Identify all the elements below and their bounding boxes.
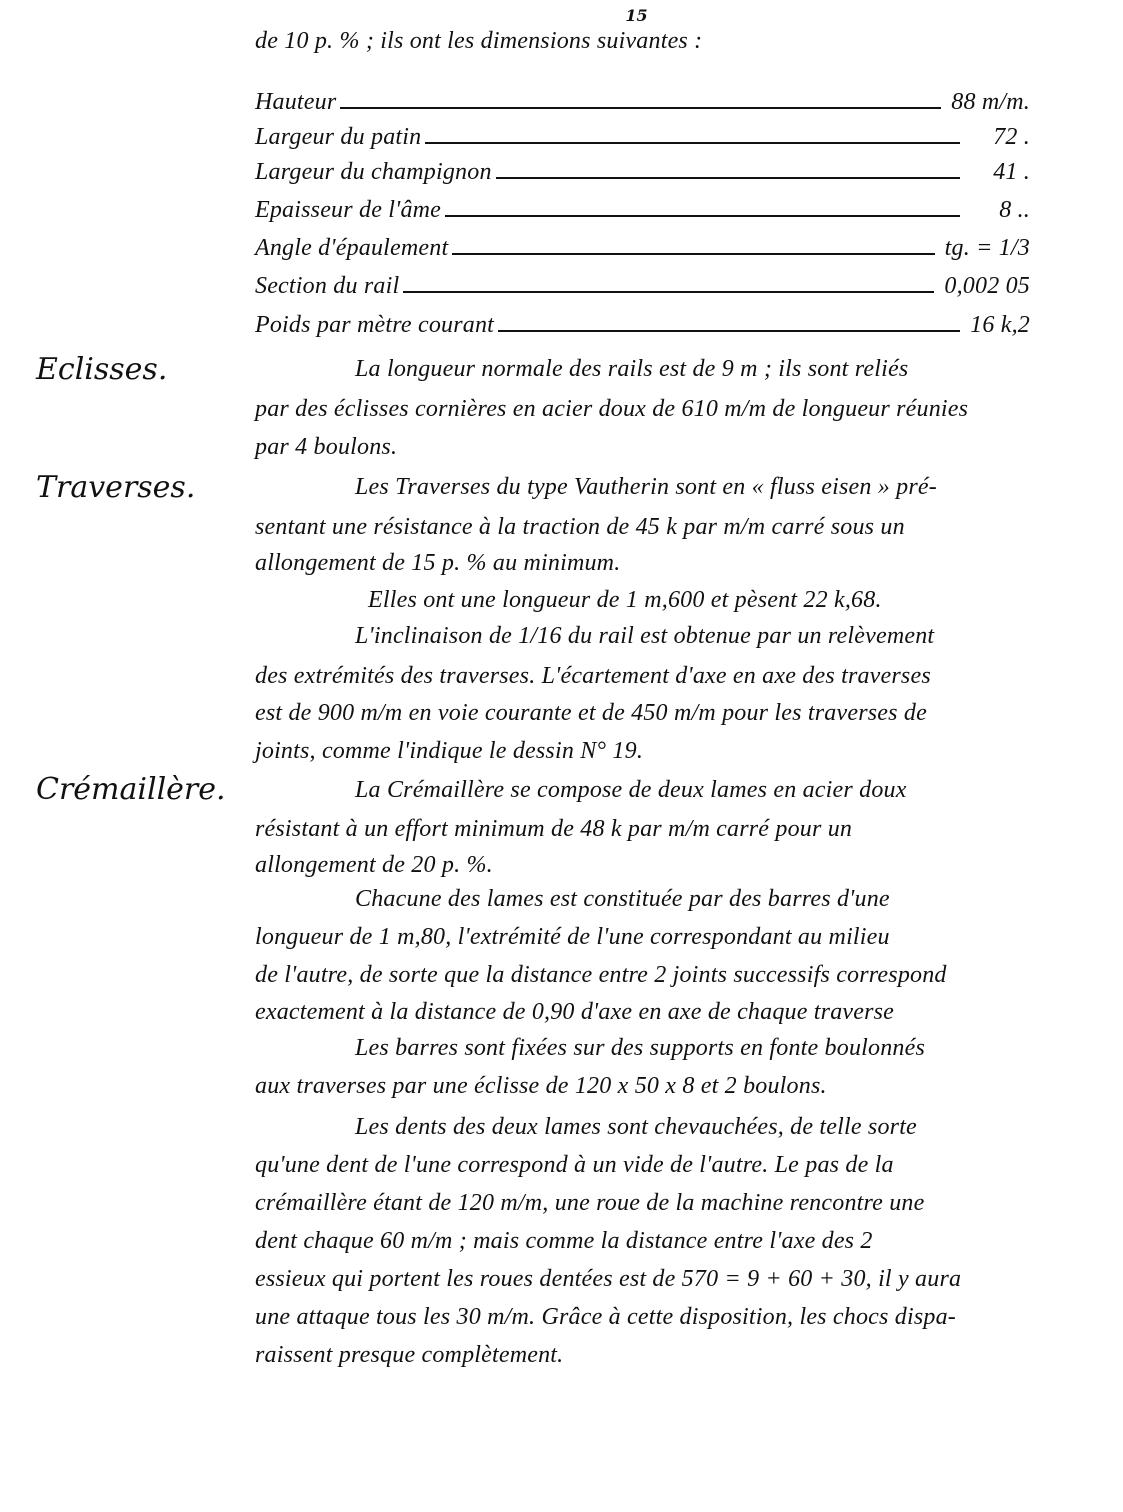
leader-line [498, 330, 960, 332]
text-line: exactement à la distance de 0,90 d'axe e… [255, 999, 894, 1026]
dimension-value: 8 .. [970, 197, 1030, 224]
text-line: La Crémaillère se compose de deux lames … [355, 777, 907, 804]
dimension-label: Largeur du champignon [255, 159, 492, 186]
text-line: crémaillère étant de 120 m/m, une roue d… [255, 1190, 924, 1217]
text-line: dent chaque 60 m/m ; mais comme la dista… [255, 1228, 873, 1255]
text-line: qu'une dent de l'une correspond à un vid… [255, 1152, 894, 1179]
leader-line [445, 215, 960, 217]
dimension-value: tg. = 1/3 [945, 235, 1030, 262]
leader-line [403, 291, 934, 293]
dimension-row: Hauteur 88 m/m. [255, 82, 1030, 116]
dimension-row: Epaisseur de l'âme 8 .. [255, 190, 1030, 224]
dimension-value: 41 . [970, 159, 1030, 186]
dimension-row: Angle d'épaulement tg. = 1/3 [255, 228, 1030, 262]
dimension-value: 88 m/m. [951, 89, 1030, 116]
text-line: allongement de 15 p. % au minimum. [255, 550, 620, 577]
text-line: une attaque tous les 30 m/m. Grâce à cet… [255, 1304, 956, 1331]
dimension-label: Largeur du patin [255, 124, 421, 151]
text-line: sentant une résistance à la traction de … [255, 514, 905, 541]
intro-line: de 10 p. % ; ils ont les dimensions suiv… [255, 28, 702, 55]
text-line: est de 900 m/m en voie courante et de 45… [255, 700, 927, 727]
text-line: allongement de 20 p. %. [255, 852, 493, 879]
text-line: Les Traverses du type Vautherin sont en … [355, 474, 937, 501]
text-line: Les dents des deux lames sont chevauchée… [355, 1114, 917, 1141]
leader-line [452, 253, 934, 255]
dimension-label: Hauteur [255, 89, 336, 116]
text-line: raissent presque complètement. [255, 1342, 563, 1369]
dimension-label: Poids par mètre courant [255, 312, 494, 339]
leader-line [425, 142, 960, 144]
text-line: des extrémités des traverses. L'écarteme… [255, 663, 931, 690]
dimension-value: 16 k,2 [970, 312, 1030, 339]
margin-label: Crémaillère. [36, 772, 226, 807]
dimension-row: Largeur du patin 72 . [255, 117, 1030, 151]
text-line: joints, comme l'indique le dessin N° 19. [255, 738, 643, 765]
dimension-label: Section du rail [255, 273, 399, 300]
text-line: L'inclinaison de 1/16 du rail est obtenu… [355, 623, 934, 650]
leader-line [340, 107, 941, 109]
text-line: résistant à un effort minimum de 48 k pa… [255, 816, 852, 843]
text-line: aux traverses par une éclisse de 120 x 5… [255, 1073, 827, 1100]
page-number: 15 [0, 6, 1123, 25]
margin-label: Eclisses. [36, 352, 167, 387]
dimension-value: 72 . [970, 124, 1030, 151]
dimension-value: 0,002 05 [944, 273, 1030, 300]
text-line: essieux qui portent les roues dentées es… [255, 1266, 961, 1293]
dimension-row: Largeur du champignon 41 . [255, 152, 1030, 186]
dimension-row: Poids par mètre courant 16 k,2 [255, 305, 1030, 339]
dimension-label: Epaisseur de l'âme [255, 197, 441, 224]
margin-label: Traverses. [36, 470, 195, 505]
dimension-row: Section du rail 0,002 05 [255, 266, 1030, 300]
leader-line [496, 177, 960, 179]
text-line: par 4 boulons. [255, 434, 397, 461]
text-line: La longueur normale des rails est de 9 m… [355, 356, 908, 383]
text-line: Elles ont une longueur de 1 m,600 et pès… [368, 587, 882, 614]
text-line: Les barres sont fixées sur des supports … [355, 1035, 925, 1062]
text-line: de l'autre, de sorte que la distance ent… [255, 962, 947, 989]
text-line: par des éclisses cornières en acier doux… [255, 396, 968, 423]
text-line: longueur de 1 m,80, l'extrémité de l'une… [255, 924, 890, 951]
dimension-label: Angle d'épaulement [255, 235, 448, 262]
text-line: Chacune des lames est constituée par des… [355, 886, 890, 913]
